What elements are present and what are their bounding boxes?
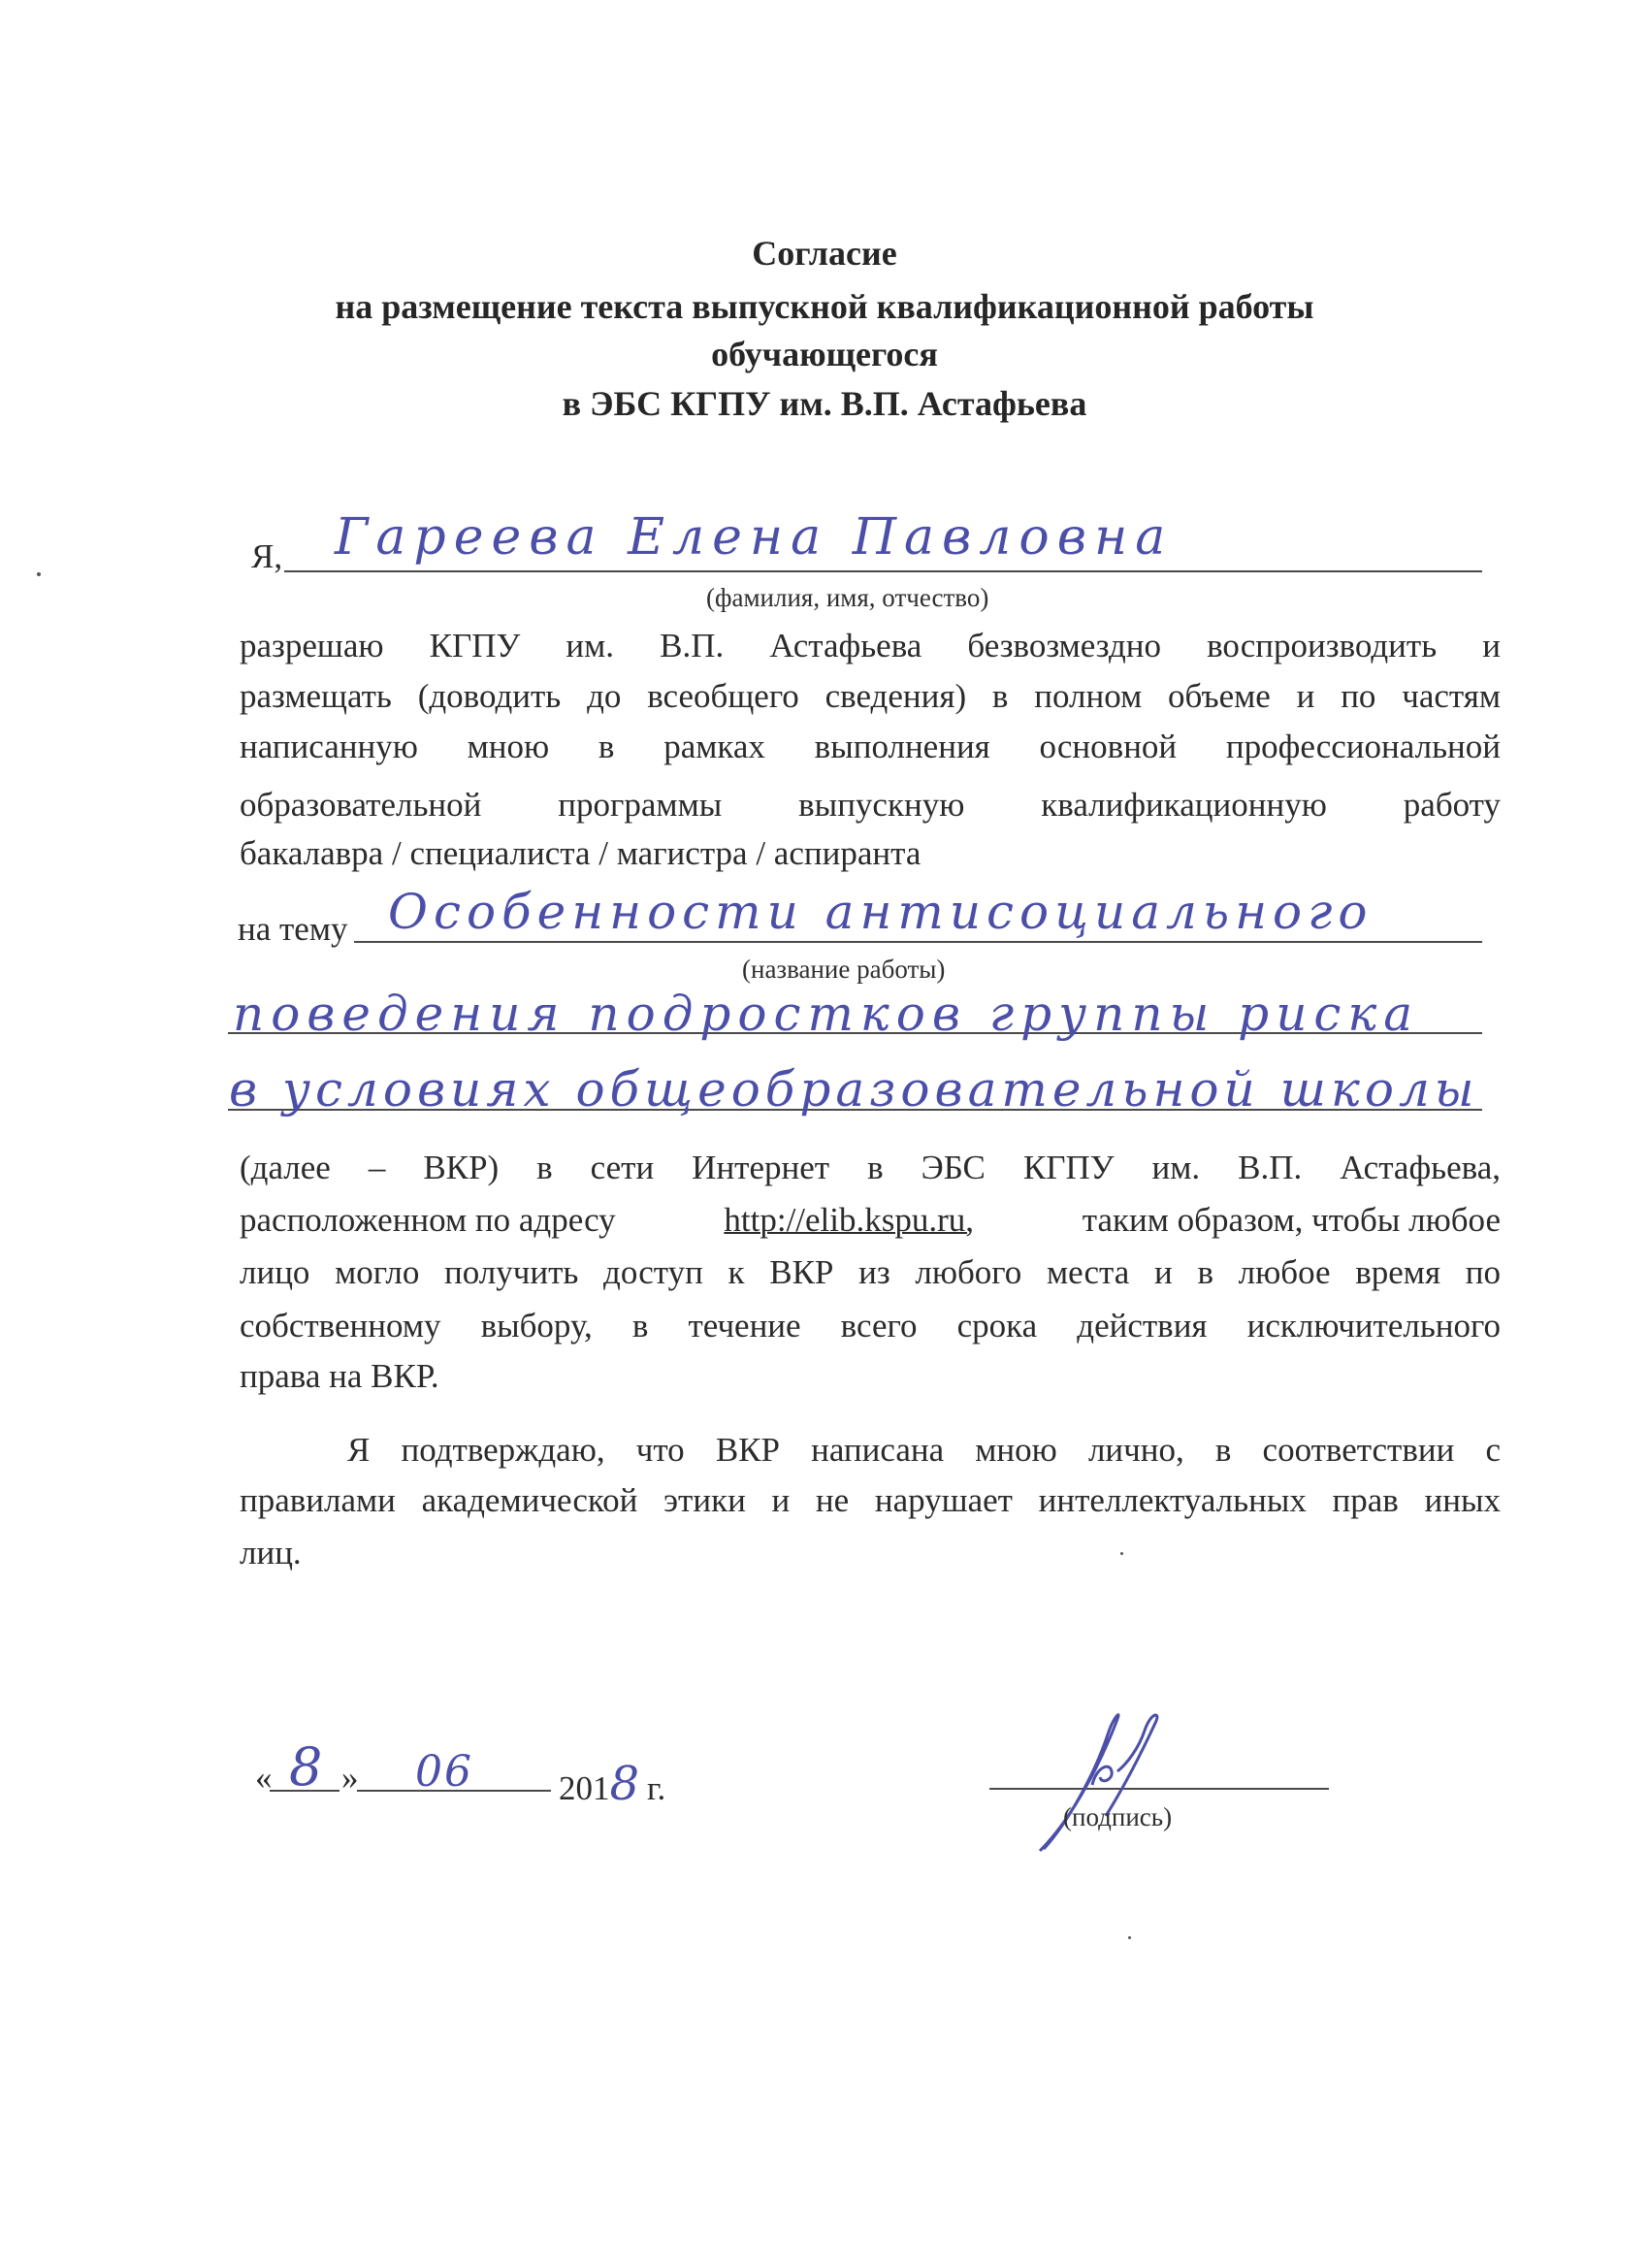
consent-document-page: Согласие на размещение текста выпускной … — [0, 0, 1649, 2268]
topic-handwritten-line2: поведения подростков группы риска — [233, 989, 1419, 1038]
topic-handwritten-line1: Особенности антисоциального — [388, 888, 1374, 936]
date-year: 201 8 г. — [559, 1761, 665, 1807]
document-subtitle-line1: на размещение текста выпускной квалифика… — [0, 289, 1649, 324]
scan-speck — [37, 572, 41, 576]
elib-link[interactable]: http://elib.kspu.ru, — [724, 1203, 974, 1237]
topic-caption: (название работы) — [742, 956, 945, 983]
date-year-handwritten: 8 — [610, 1761, 642, 1807]
author-caption: (фамилия, имя, отчество) — [706, 585, 988, 611]
paragraph3-line3: лиц. — [240, 1536, 302, 1570]
paragraph3-line2: правилами академической этики и не наруш… — [240, 1483, 1501, 1517]
paragraph3-line1: Я подтверждаю, что ВКР написана мною лич… — [347, 1433, 1501, 1467]
paragraph1-line3: написанную мною в рамках выполнения осно… — [240, 729, 1501, 763]
document-subtitle-line2: обучающегося — [0, 337, 1649, 372]
paragraph2-line2-after-link: таким образом, чтобы любое — [1083, 1203, 1501, 1237]
scan-speck — [1120, 1552, 1123, 1555]
date-year-prefix: 201 — [559, 1771, 610, 1805]
paragraph1-line1: разрешаю КГПУ им. В.П. Астафьева безвозм… — [240, 629, 1501, 663]
paragraph2-line4: собственному выбору, в течение всего сро… — [240, 1309, 1501, 1343]
document-subtitle-line3: в ЭБС КГПУ им. В.П. Астафьева — [0, 386, 1649, 421]
author-name-handwritten: Гареева Елена Павловна — [335, 512, 1173, 563]
date-year-unit: г. — [647, 1771, 665, 1805]
topic-handwritten-line3: в условиях общеобразовательной школы — [229, 1065, 1479, 1114]
paragraph2-line1: (далее – ВКР) в сети Интернет в ЭБС КГПУ… — [240, 1150, 1501, 1184]
paragraph1-line5: бакалавра / специалиста / магистра / асп… — [240, 836, 921, 870]
paragraph2-line3: лицо могло получить доступ к ВКР из любо… — [240, 1255, 1501, 1289]
author-name-underline — [284, 570, 1482, 572]
topic-underline-1 — [354, 941, 1482, 943]
topic-prefix: на тему — [238, 912, 348, 946]
paragraph2-line5: права на ВКР. — [240, 1359, 439, 1393]
date-day-handwritten: 8 — [289, 1741, 324, 1794]
paragraph2-line2-before-link: расположенном по адресу — [240, 1203, 616, 1237]
document-title: Согласие — [0, 236, 1649, 271]
date-month-handwritten: 06 — [415, 1751, 473, 1794]
paragraph1-line4: образовательной программы выпускную квал… — [240, 788, 1501, 822]
signature-caption: (подпись) — [1063, 1804, 1172, 1831]
scan-speck — [1128, 1936, 1131, 1939]
author-prefix: Я, — [251, 539, 282, 573]
paragraph2-line2: расположенном по адресу http://elib.kspu… — [240, 1203, 1501, 1237]
date-close-quote: » — [341, 1761, 359, 1795]
paragraph1-line2: размещать (доводить до всеобщего сведени… — [240, 679, 1501, 713]
